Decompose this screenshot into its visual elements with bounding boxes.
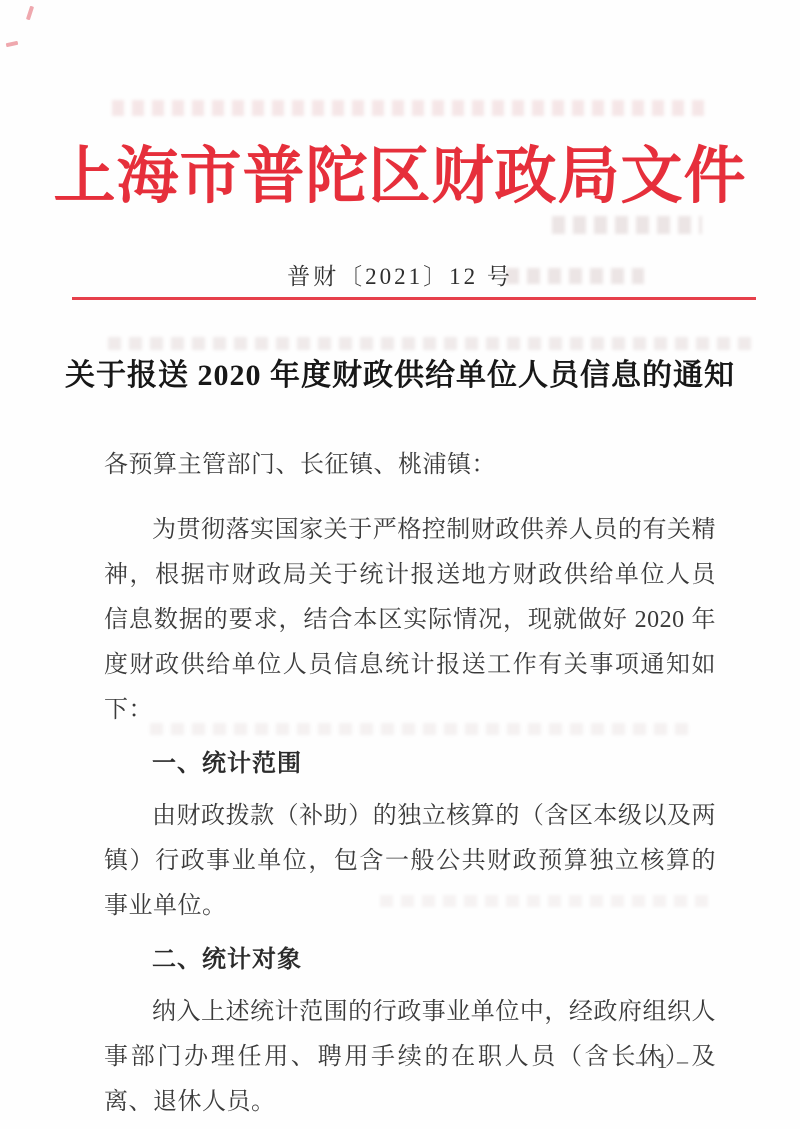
bleedthrough-strip xyxy=(112,100,704,116)
document-body: 各预算主管部门、长征镇、桃浦镇： 为贯彻落实国家关于严格控制财政供养人员的有关精… xyxy=(104,443,716,1125)
notice-title: 关于报送 2020 年度财政供给单位人员信息的通知 xyxy=(0,350,800,394)
section-2-heading: 二、统计对象 xyxy=(104,937,716,982)
red-separator-rule xyxy=(72,297,756,300)
bleedthrough-strip xyxy=(108,337,756,350)
salutation: 各预算主管部门、长征镇、桃浦镇： xyxy=(104,443,716,488)
letterhead-title: 上海市普陀区财政局文件 xyxy=(0,126,800,215)
scan-smudge xyxy=(6,41,19,47)
intro-paragraph: 为贯彻落实国家关于严格控制财政供养人员的有关精神，根据市财政局关于统计报送地方财… xyxy=(104,508,716,733)
section-1-body: 由财政拨款（补助）的独立核算的（含区本级以及两镇）行政事业单位，包含一般公共财政… xyxy=(104,794,716,929)
document-number: 普财〔2021〕12 号 xyxy=(0,258,800,291)
scan-smudge xyxy=(26,6,34,21)
bleedthrough-strip xyxy=(552,216,702,234)
section-1-heading: 一、统计范围 xyxy=(104,741,716,786)
document-page: 上海市普陀区财政局文件 普财〔2021〕12 号 关于报送 2020 年度财政供… xyxy=(0,0,800,1129)
section-2-body: 纳入上述统计范围的行政事业单位中，经政府组织人事部门办理任用、聘用手续的在职人员… xyxy=(104,990,716,1125)
page-number: – 1 – xyxy=(636,1048,690,1074)
